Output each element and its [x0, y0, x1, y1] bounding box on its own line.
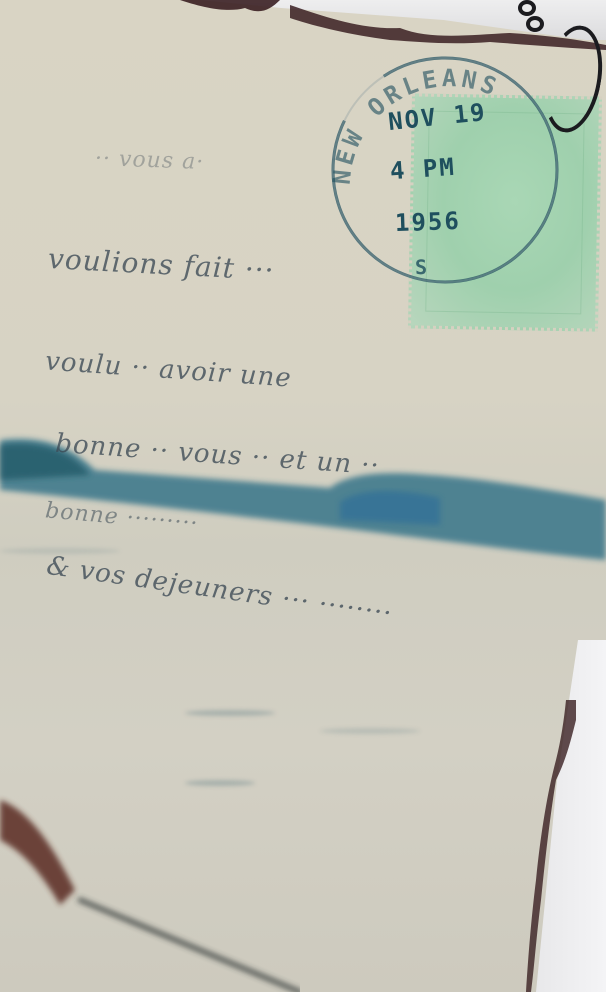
postmark-code: S: [415, 255, 430, 279]
sea-streak: [320, 728, 420, 734]
postmark-year: 1956: [395, 207, 462, 237]
postcard-photo: NEW ORLEANS NOV 19 4 PM 1956 S ·· vous a…: [0, 0, 606, 992]
postmark-time: 4 PM: [389, 153, 457, 186]
rust-edge-right: [526, 700, 576, 992]
sea-streak: [185, 710, 275, 716]
handwriting-line: ·· vous a·: [95, 146, 205, 175]
chain-icon: [515, 0, 545, 40]
figure-arm: [0, 780, 300, 992]
